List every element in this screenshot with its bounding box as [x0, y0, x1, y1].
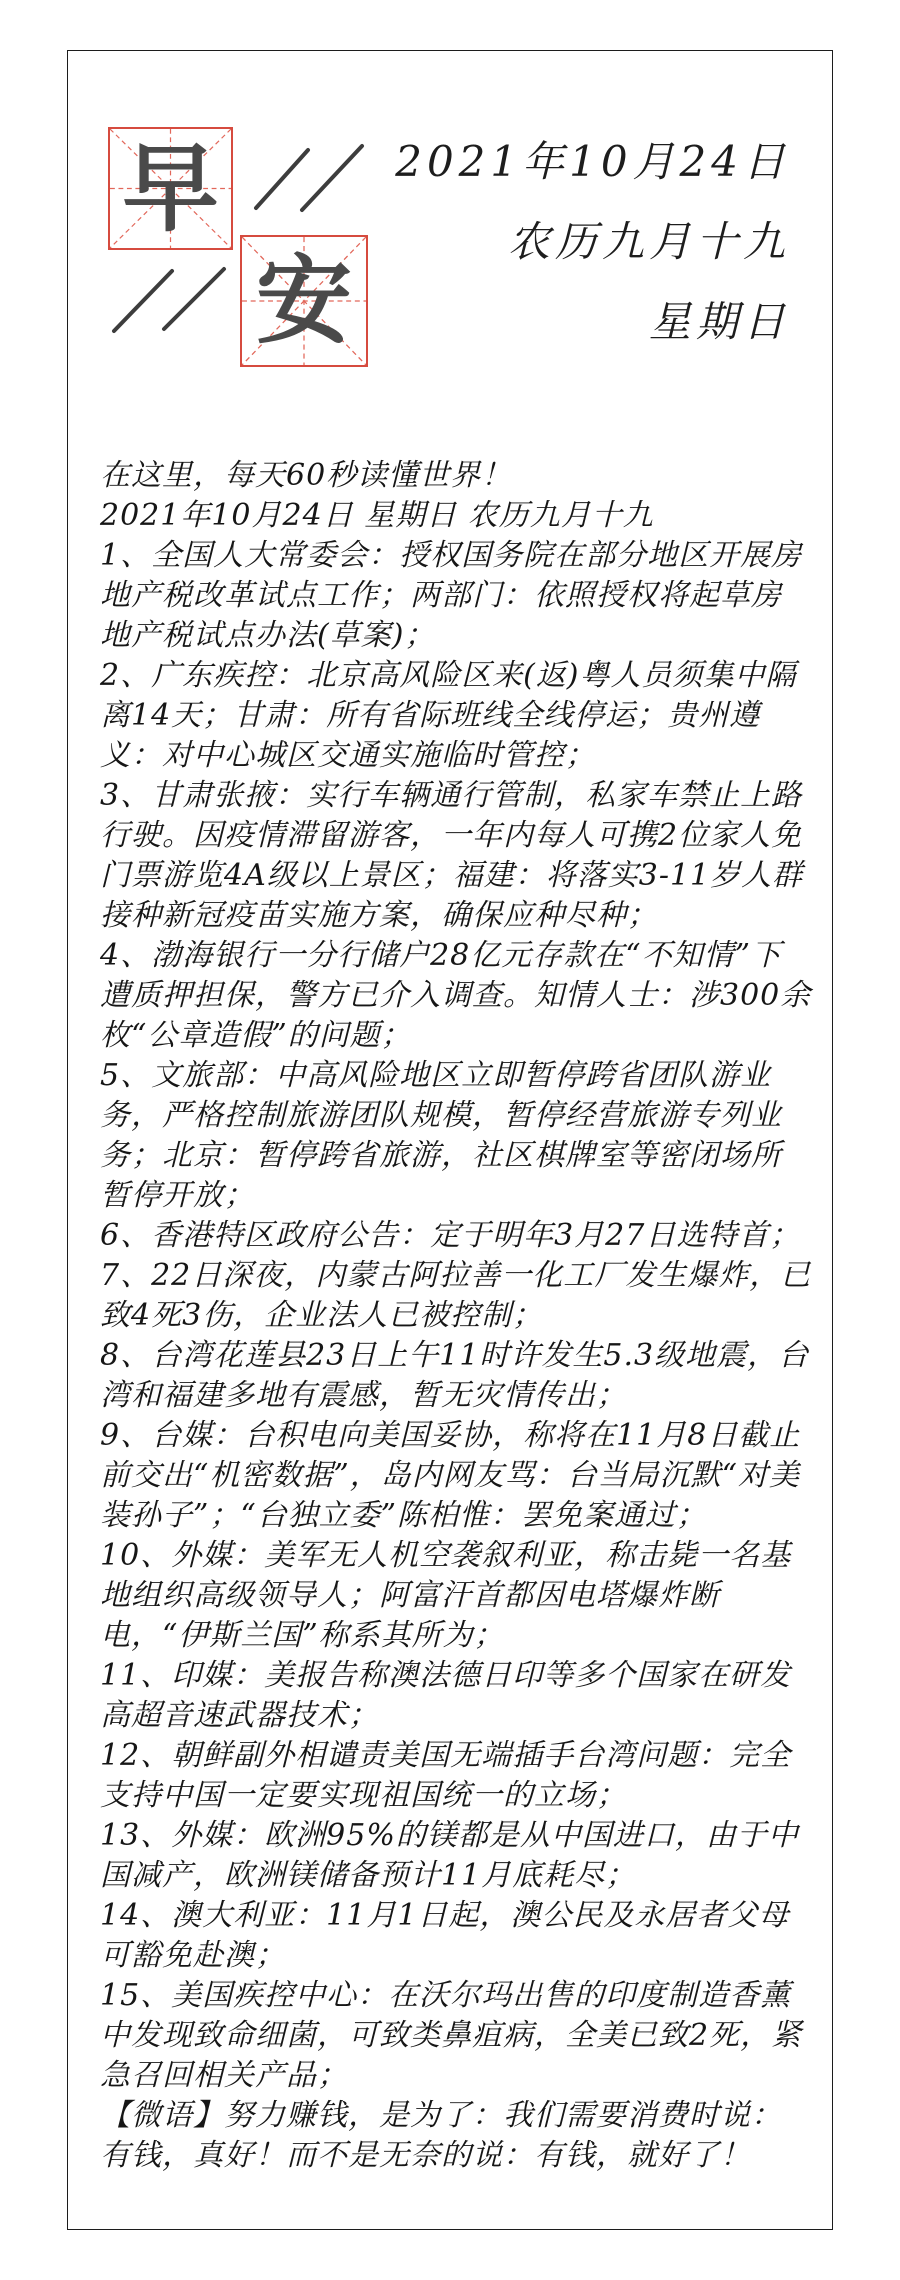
news-item: 3、甘肃张掖：实行车辆通行管制，私家车禁止上路行驶。因疫情滞留游客，一年内每人可… — [100, 776, 812, 936]
news-item: 4、渤海银行一分行储户28亿元存款在“不知情”下遭质押担保，警方已介入调查。知情… — [100, 936, 812, 1056]
logo-box-zao: 早 — [108, 127, 233, 250]
double-slash-icon — [248, 140, 370, 216]
news-item: 11、印媒：美报告称澳法德日印等多个国家在研发高超音速武器技术； — [100, 1656, 812, 1736]
news-item: 6、香港特区政府公告：定于明年3月27日选特首； — [100, 1216, 812, 1256]
date-line-lunar: 农历九月十九 — [395, 202, 790, 282]
news-item: 2、广东疾控：北京高风险区来(返)粤人员须集中隔离14天；甘肃：所有省际班线全线… — [100, 656, 812, 776]
news-item: 8、台湾花莲县23日上午11时许发生5.3级地震，台湾和福建多地有震感，暂无灾情… — [100, 1336, 812, 1416]
news-item: 1、全国人大常委会：授权国务院在部分地区开展房地产税改革试点工作；两部门：依照授… — [100, 536, 812, 656]
date-line-weekday: 星期日 — [395, 282, 790, 362]
news-item: 12、朝鲜副外相谴责美国无端插手台湾问题：完全支持中国一定要实现祖国统一的立场； — [100, 1736, 812, 1816]
date-block: 2021年10月24日 农历九月十九 星期日 — [395, 122, 790, 362]
intro-line: 在这里，每天60秒读懂世界！ — [100, 456, 812, 496]
morning-news-poster: 早 安 2021年10月24日 农历九月十九 星期日 — [0, 0, 900, 2280]
news-item: 9、台媒：台积电向美国妥协，称将在11月8日截止前交出“机密数据”，岛内网友骂：… — [100, 1416, 812, 1536]
an-character: 安 — [242, 237, 366, 365]
news-item: 10、外媒：美军无人机空袭叙利亚，称击毙一名基地组织高级领导人；阿富汗首都因电塔… — [100, 1536, 812, 1656]
news-body: 在这里，每天60秒读懂世界！ 2021年10月24日 星期日 农历九月十九 1、… — [100, 456, 812, 2176]
news-item: 13、外媒：欧洲95%的镁都是从中国进口，由于中国减产，欧洲镁储备预计11月底耗… — [100, 1816, 812, 1896]
news-item: 15、美国疾控中心：在沃尔玛出售的印度制造香薰中发现致命细菌，可致类鼻疽病，全美… — [100, 1976, 812, 2096]
zao-character: 早 — [110, 129, 231, 248]
news-item: 14、澳大利亚：11月1日起，澳公民及永居者父母可豁免赴澳； — [100, 1896, 812, 1976]
date-line-gregorian: 2021年10月24日 — [395, 122, 790, 202]
body-date-line: 2021年10月24日 星期日 农历九月十九 — [100, 496, 812, 536]
logo-box-an: 安 — [240, 235, 368, 367]
weiyu-line: 【微语】努力赚钱，是为了：我们需要消费时说：有钱，真好！而不是无奈的说：有钱，就… — [100, 2096, 812, 2176]
double-slash-icon — [108, 263, 230, 337]
news-item: 5、文旅部：中高风险地区立即暂停跨省团队游业务，严格控制旅游团队规模，暂停经营旅… — [100, 1056, 812, 1216]
news-item: 7、22日深夜，内蒙古阿拉善一化工厂发生爆炸，已致4死3伤，企业法人已被控制； — [100, 1256, 812, 1336]
